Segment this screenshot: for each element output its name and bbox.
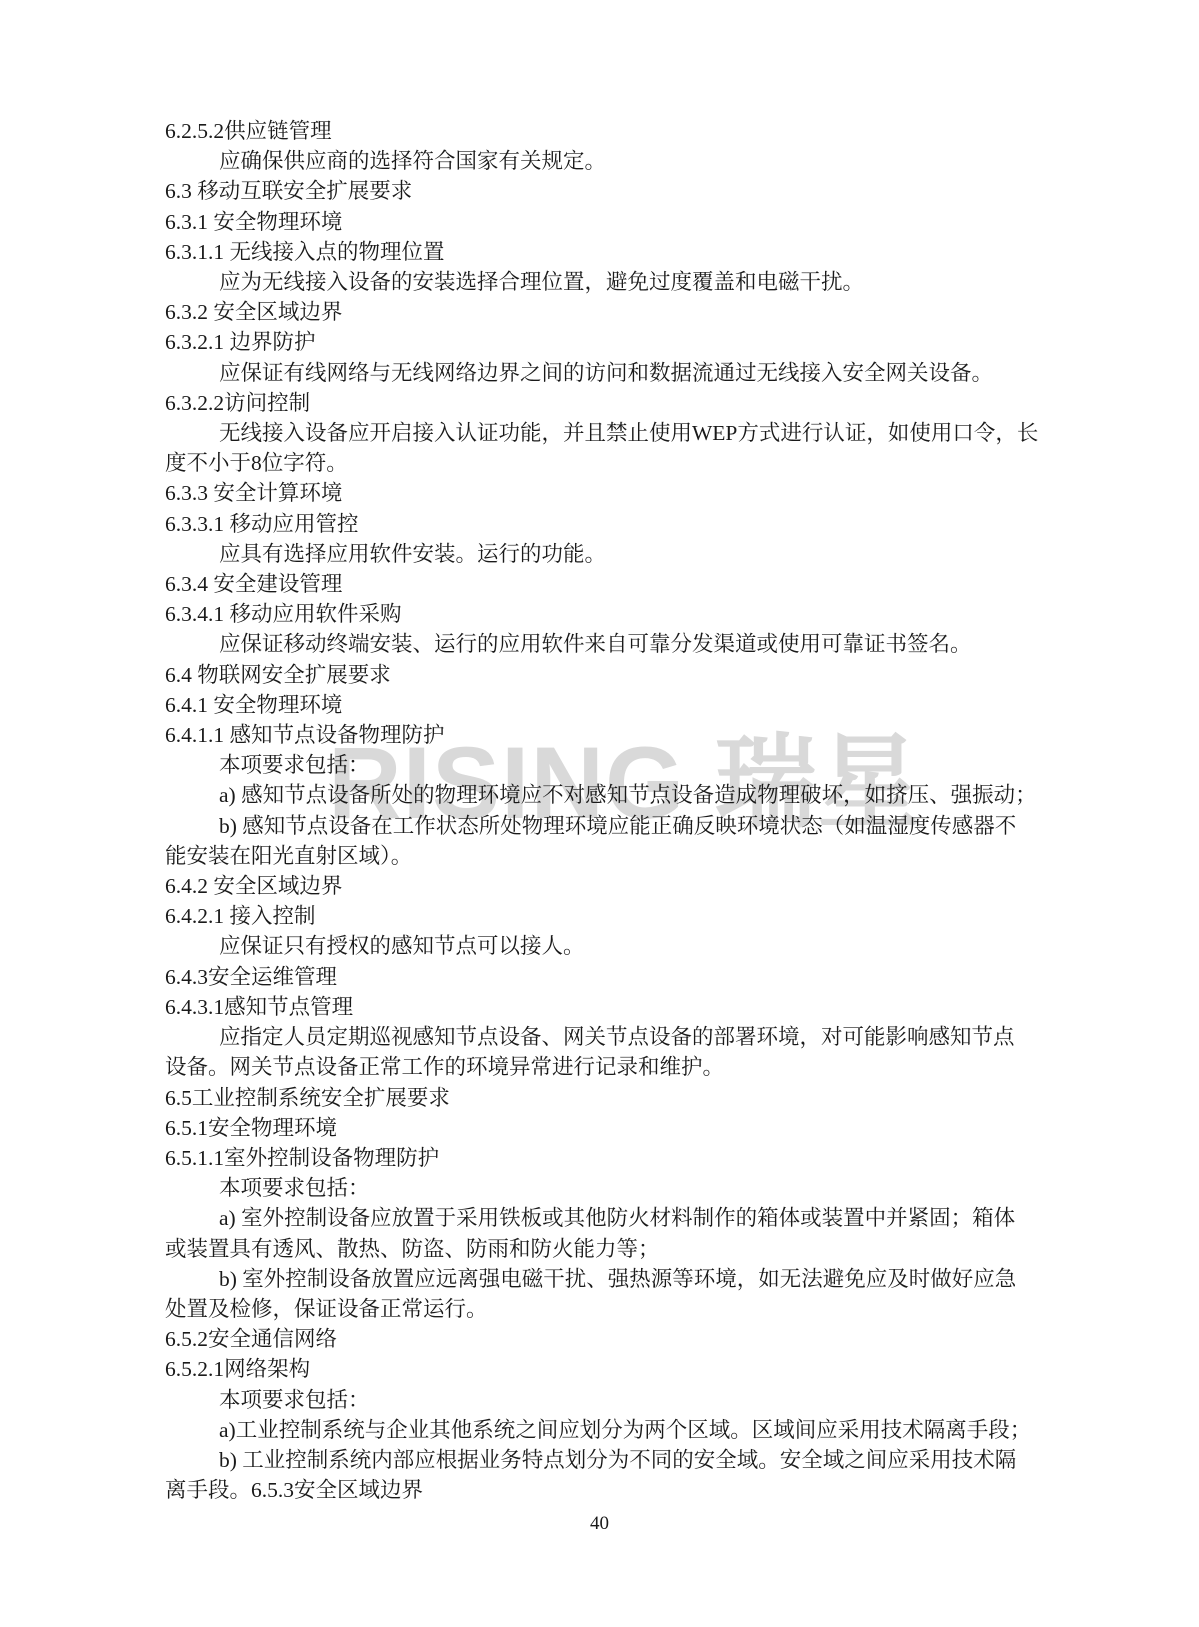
- section-heading: 6.4.3.1感知节点管理: [165, 992, 1038, 1022]
- section-heading: 6.3.1.1 无线接入点的物理位置: [165, 237, 1038, 267]
- section-heading: 6.5工业控制系统安全扩展要求: [165, 1083, 1038, 1113]
- section-heading: 6.3.2.1 边界防护: [165, 327, 1038, 357]
- section-heading: 6.3.4 安全建设管理: [165, 569, 1038, 599]
- paragraph-line: 无线接入设备应开启接入认证功能，并且禁止使用WEP方式进行认证，如使用口令，长: [165, 418, 1038, 448]
- document-body: 6.2.5.2供应链管理应确保供应商的选择符合国家有关规定。6.3 移动互联安全…: [165, 116, 1038, 1505]
- section-heading: 6.4.3安全运维管理: [165, 962, 1038, 992]
- section-heading: 6.5.1.1室外控制设备物理防护: [165, 1143, 1038, 1173]
- paragraph-line: 处置及检修，保证设备正常运行。: [165, 1294, 1038, 1324]
- paragraph-line: a) 室外控制设备应放置于采用铁板或其他防火材料制作的箱体或装置中并紧固；箱体: [165, 1203, 1038, 1233]
- paragraph-line: 应具有选择应用软件安装。运行的功能。: [165, 539, 1038, 569]
- paragraph-line: a) 感知节点设备所处的物理环境应不对感知节点设备造成物理破坏，如挤压、强振动；: [165, 780, 1038, 810]
- section-heading: 6.3.1 安全物理环境: [165, 207, 1038, 237]
- paragraph-line: 或装置具有透风、散热、防盗、防雨和防火能力等；: [165, 1234, 1038, 1264]
- section-heading: 6.3.2 安全区域边界: [165, 297, 1038, 327]
- paragraph-line: 应保证移动终端安装、运行的应用软件来自可靠分发渠道或使用可靠证书签名。: [165, 629, 1038, 659]
- document-page: RISING 瑞星 6.2.5.2供应链管理应确保供应商的选择符合国家有关规定。…: [0, 0, 1199, 1627]
- paragraph-line: 离手段。6.5.3安全区域边界: [165, 1475, 1038, 1505]
- paragraph-line: b) 室外控制设备放置应远离强电磁干扰、强热源等环境，如无法避免应及时做好应急: [165, 1264, 1038, 1294]
- section-heading: 6.4.1 安全物理环境: [165, 690, 1038, 720]
- paragraph-line: a)工业控制系统与企业其他系统之间应划分为两个区域。区域间应采用技术隔离手段；: [165, 1415, 1038, 1445]
- paragraph-line: 能安装在阳光直射区域）。: [165, 841, 1038, 871]
- paragraph-line: 应确保供应商的选择符合国家有关规定。: [165, 146, 1038, 176]
- page-number: 40: [0, 1512, 1199, 1536]
- paragraph-line: 本项要求包括：: [165, 750, 1038, 780]
- section-heading: 6.2.5.2供应链管理: [165, 116, 1038, 146]
- section-heading: 6.5.2.1网络架构: [165, 1354, 1038, 1384]
- paragraph-line: 度不小于8位字符。: [165, 448, 1038, 478]
- section-heading: 6.3 移动互联安全扩展要求: [165, 176, 1038, 206]
- paragraph-line: 应指定人员定期巡视感知节点设备、网关节点设备的部署环境，对可能影响感知节点: [165, 1022, 1038, 1052]
- section-heading: 6.4.1.1 感知节点设备物理防护: [165, 720, 1038, 750]
- paragraph-line: 本项要求包括：: [165, 1385, 1038, 1415]
- section-heading: 6.5.1安全物理环境: [165, 1113, 1038, 1143]
- section-heading: 6.4.2 安全区域边界: [165, 871, 1038, 901]
- section-heading: 6.3.3 安全计算环境: [165, 478, 1038, 508]
- paragraph-line: 应为无线接入设备的安装选择合理位置，避免过度覆盖和电磁干扰。: [165, 267, 1038, 297]
- paragraph-line: 本项要求包括：: [165, 1173, 1038, 1203]
- paragraph-line: 应保证只有授权的感知节点可以接人。: [165, 931, 1038, 961]
- paragraph-line: b) 工业控制系统内部应根据业务特点划分为不同的安全域。安全域之间应采用技术隔: [165, 1445, 1038, 1475]
- section-heading: 6.4.2.1 接入控制: [165, 901, 1038, 931]
- section-heading: 6.4 物联网安全扩展要求: [165, 660, 1038, 690]
- section-heading: 6.3.4.1 移动应用软件采购: [165, 599, 1038, 629]
- paragraph-line: b) 感知节点设备在工作状态所处物理环境应能正确反映环境状态（如温湿度传感器不: [165, 811, 1038, 841]
- paragraph-line: 应保证有线网络与无线网络边界之间的访问和数据流通过无线接入安全网关设备。: [165, 358, 1038, 388]
- paragraph-line: 设备。网关节点设备正常工作的环境异常进行记录和维护。: [165, 1052, 1038, 1082]
- section-heading: 6.5.2安全通信网络: [165, 1324, 1038, 1354]
- section-heading: 6.3.2.2访问控制: [165, 388, 1038, 418]
- section-heading: 6.3.3.1 移动应用管控: [165, 509, 1038, 539]
